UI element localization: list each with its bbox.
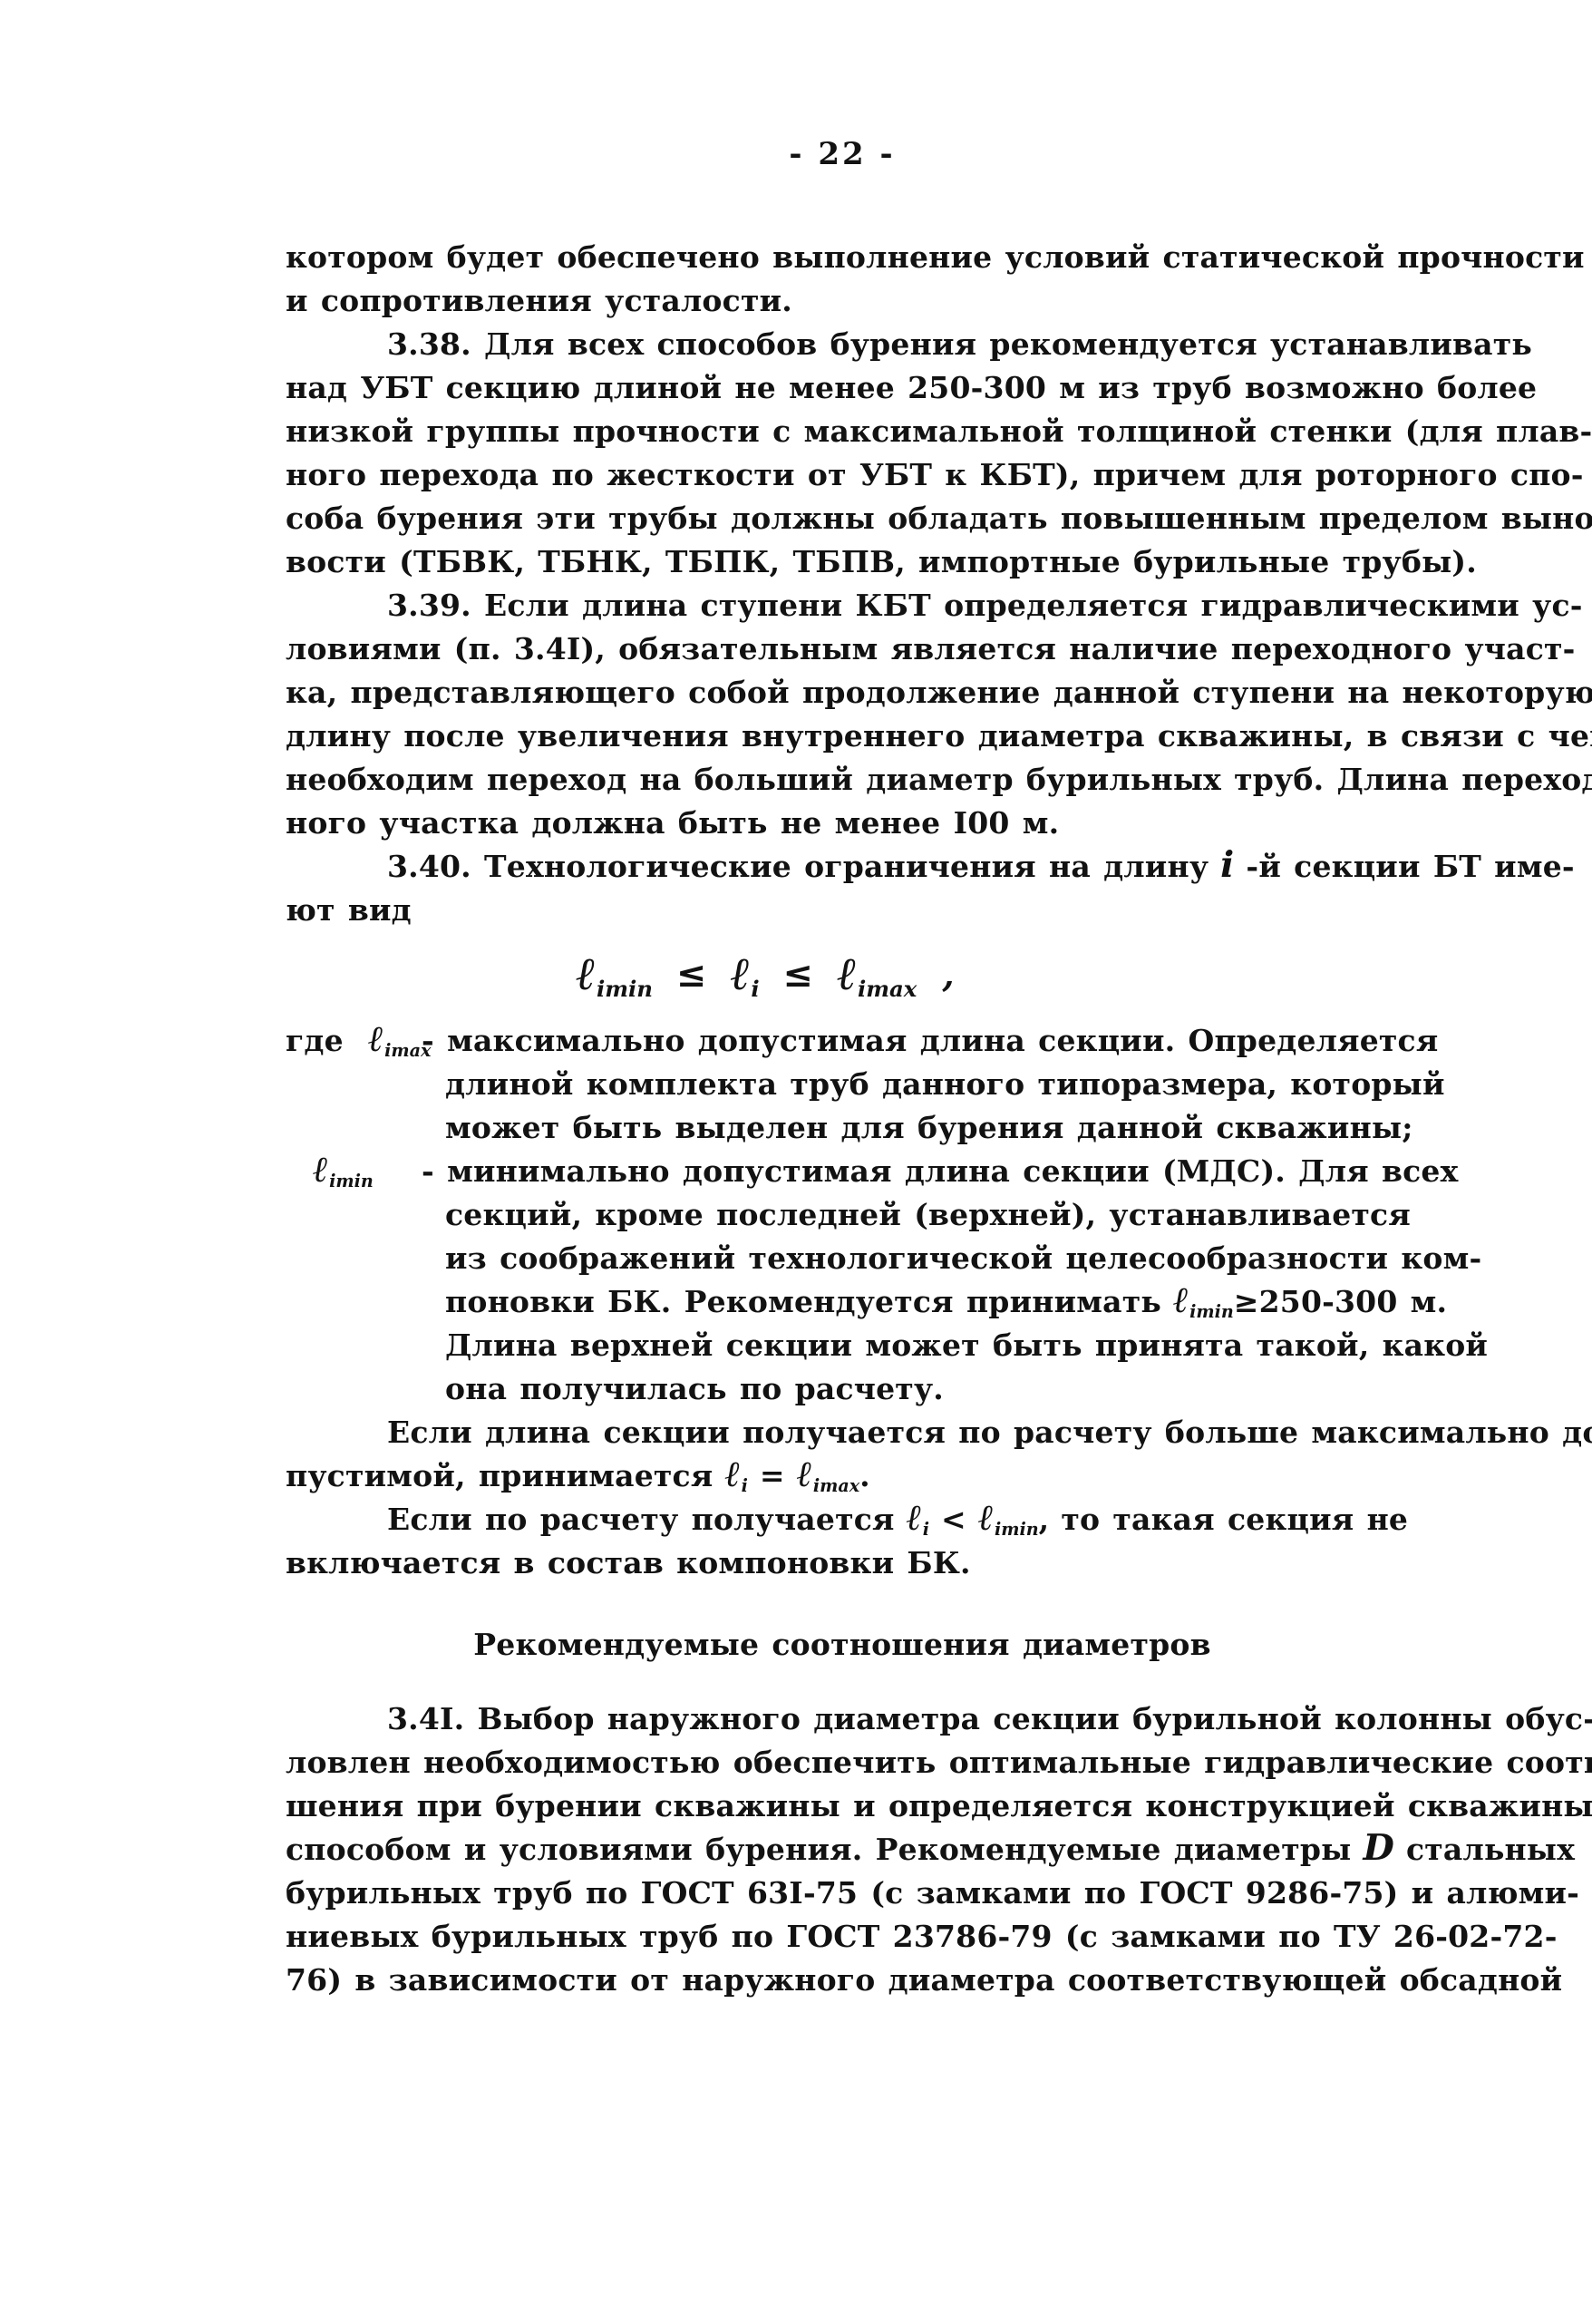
text-line: включается в состав компоновки БК. xyxy=(286,1541,1399,1585)
text-line: ют вид xyxy=(286,889,1399,932)
text-line: 3.38. Для всех способов бурения рекоменд… xyxy=(286,323,1399,366)
page-number: - 22 - xyxy=(286,136,1399,172)
symbol-l-imin: ℓimin xyxy=(313,1153,374,1189)
definition-l-imax: где ℓimax - максимально допустимая длина… xyxy=(286,1019,1399,1150)
text-segment: 250-300 м. xyxy=(1259,1284,1448,1319)
text-line: бурильных труб по ГОСТ 63I-75 (с замками… xyxy=(286,1872,1399,1915)
text-line: - минимально допустимая длина секции (МД… xyxy=(422,1150,1488,1193)
text-line: вости (ТБВК, ТБНК, ТБПК, ТБПВ, импортные… xyxy=(286,540,1399,584)
text-line: и сопротивления усталости. xyxy=(286,279,1399,323)
symbol-l-imin: ℓimin xyxy=(978,1502,1039,1537)
text-line: - максимально допустимая длина секции. О… xyxy=(422,1019,1445,1063)
text-segment: то такая секция не xyxy=(1061,1502,1408,1537)
text-line: ниевых бурильных труб по ГОСТ 23786-79 (… xyxy=(286,1915,1399,1959)
definition-term: ℓimin xyxy=(286,1150,422,1411)
less-than-sign: < xyxy=(941,1502,966,1537)
text-line: длиной комплекта труб данного типоразмер… xyxy=(422,1063,1445,1106)
text-line: Если по расчету получаетсяℓi<ℓimin,то та… xyxy=(286,1498,1399,1541)
text-line: 3.40. Технологические ограничения на дли… xyxy=(286,845,1399,889)
definition-description: - минимально допустимая длина секции (МД… xyxy=(422,1150,1488,1411)
text-line: может быть выделен для бурения данной ск… xyxy=(422,1106,1445,1150)
text-line: Длина верхней секции может быть принята … xyxy=(422,1324,1488,1367)
text-line: способом и условиями бурения. Рекомендуе… xyxy=(286,1828,1399,1872)
text-line: 3.4I. Выбор наружного диаметра секции бу… xyxy=(286,1697,1399,1741)
text-line: ка, представляющего собой продолжение да… xyxy=(286,671,1399,715)
text-segment: пустимой, принимается xyxy=(286,1458,713,1493)
text-line: 76) в зависимости от наружного диаметра … xyxy=(286,1959,1399,2002)
text-line: ловиями (п. 3.4I), обязательным является… xyxy=(286,627,1399,671)
text-segment: поновки БК. Рекомендуется принимать xyxy=(445,1284,1161,1319)
text-line: секций, кроме последней (верхней), устан… xyxy=(422,1193,1488,1237)
inequality-formula: ℓimin ≤ ℓi ≤ ℓimax , xyxy=(286,932,1399,1019)
text-line: поновки БК. Рекомендуется приниматьℓimin… xyxy=(422,1280,1488,1324)
text-segment: способом и условиями бурения. Рекомендуе… xyxy=(286,1832,1351,1867)
variable-d: D xyxy=(1363,1832,1394,1867)
definition-term: где ℓimax xyxy=(286,1019,422,1150)
document-body: котором будет обеспечено выполнение усло… xyxy=(286,236,1399,2002)
symbol-l-imin: ℓimin xyxy=(576,951,653,1000)
text-line: ного участка должна быть не менее I00 м. xyxy=(286,802,1399,845)
text-segment: стальных xyxy=(1406,1832,1575,1867)
text-line: ного перехода по жесткости от УБТ к КБТ)… xyxy=(286,453,1399,497)
where-label: где xyxy=(286,1023,344,1058)
equals-sign: = xyxy=(760,1458,785,1493)
text-segment: , xyxy=(1039,1502,1050,1537)
text-line: ловлен необходимостью обеспечить оптимал… xyxy=(286,1741,1399,1784)
definition-l-imin: ℓimin - минимально допустимая длина секц… xyxy=(286,1150,1399,1411)
formula-comma: , xyxy=(942,958,954,993)
text-line: из соображений технологической целесообр… xyxy=(422,1237,1488,1280)
less-equal-sign: ≤ xyxy=(783,958,814,994)
text-line: Если длина секции получается по расчету … xyxy=(286,1411,1399,1454)
text-line: котором будет обеспечено выполнение усло… xyxy=(286,236,1399,279)
text-line: шения при бурении скважины и определяетс… xyxy=(286,1784,1399,1828)
scanned-document-page: - 22 - котором будет обеспечено выполнен… xyxy=(0,0,1592,2324)
less-equal-sign: ≤ xyxy=(676,958,707,994)
text-segment: . xyxy=(859,1458,870,1493)
symbol-l-imin-ge: ℓimin≥ xyxy=(1173,1284,1259,1319)
symbol-l-i: ℓi xyxy=(907,1502,929,1537)
section-heading: Рекомендуемые соотношения диаметров xyxy=(286,1623,1399,1667)
text-line: 3.39. Если длина ступени КБТ определяетс… xyxy=(286,584,1399,627)
text-line: над УБТ секцию длиной не менее 250-300 м… xyxy=(286,366,1399,410)
symbol-l-imax: ℓimax xyxy=(797,1458,859,1493)
text-line: пустимой, принимаетсяℓi=ℓimax. xyxy=(286,1454,1399,1498)
text-line: длину после увеличения внутреннего диаме… xyxy=(286,715,1399,758)
text-segment: 3.40. Технологические ограничения на дли… xyxy=(387,849,1209,884)
text-line: низкой группы прочности с максимальной т… xyxy=(286,410,1399,453)
text-line: соба бурения эти трубы должны обладать п… xyxy=(286,497,1399,540)
text-line: она получилась по расчету. xyxy=(422,1367,1488,1411)
text-line: необходим переход на больший диаметр бур… xyxy=(286,758,1399,802)
symbol-l-i: ℓi xyxy=(731,951,760,1000)
text-segment: Если по расчету получается xyxy=(387,1502,895,1537)
variable-i: i xyxy=(1220,849,1234,884)
symbol-l-imax: ℓimax xyxy=(837,951,917,1000)
symbol-l-i: ℓi xyxy=(724,1458,747,1493)
text-segment: -й секции БТ име- xyxy=(1246,849,1574,884)
definition-description: - максимально допустимая длина секции. О… xyxy=(422,1019,1445,1150)
